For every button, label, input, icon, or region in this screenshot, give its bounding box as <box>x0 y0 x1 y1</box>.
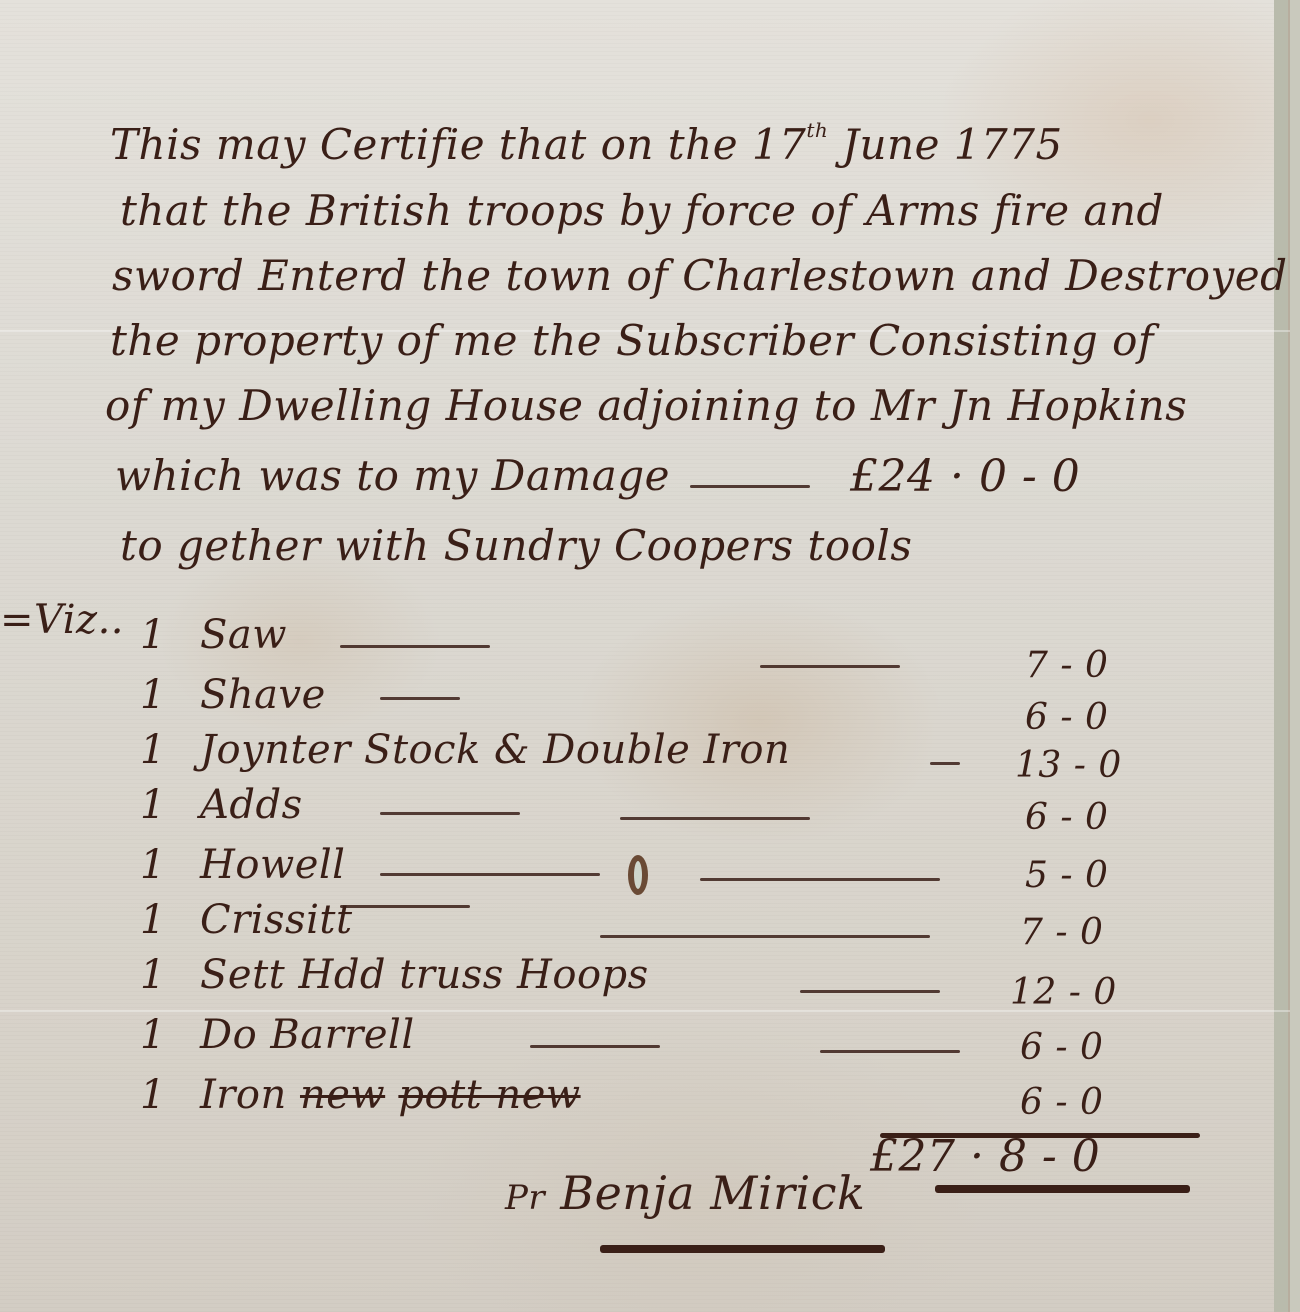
leader-line <box>380 873 600 876</box>
leader-line <box>380 697 460 700</box>
item-name: Joynter Stock & Double Iron <box>200 730 790 770</box>
item-value: 6 - 0 <box>1020 1030 1103 1066</box>
item-name: Adds <box>200 785 303 825</box>
house-damage-value: 24 · 0 - 0 <box>879 451 1081 502</box>
item-value: 6 - 0 <box>1025 800 1108 836</box>
date-suffix: th <box>806 118 828 142</box>
viz-label: =Viz.. <box>0 600 124 640</box>
leader-line <box>530 1045 660 1048</box>
leader-line <box>340 905 470 908</box>
leader-line <box>620 817 810 820</box>
leader-line <box>690 485 810 488</box>
item-name-rest: pott new <box>398 1072 580 1118</box>
item-value: 12 - 0 <box>1010 975 1117 1011</box>
leader-line <box>340 645 490 648</box>
struck-word: new <box>300 1072 385 1118</box>
body-line-4: the property of me the Subscriber Consis… <box>110 320 1154 362</box>
item-name: Iron new pott new <box>200 1075 581 1115</box>
leader-line <box>820 1050 960 1053</box>
leader-line <box>800 990 940 993</box>
house-damage-amount: £24 · 0 - 0 <box>850 455 1080 499</box>
body-line-7: to gether with Sundry Coopers tools <box>120 525 912 567</box>
item-name: Shave <box>200 675 326 715</box>
item-qty: 1 <box>140 675 166 715</box>
leader-line <box>600 935 930 938</box>
signature: Pr Benja Mirick <box>505 1170 865 1216</box>
item-name: Do Barrell <box>200 1015 415 1055</box>
body-line-3: sword Enterd the town of Charlestown and… <box>112 255 1287 297</box>
item-value: 5 - 0 <box>1025 858 1108 894</box>
signature-underline <box>600 1245 885 1253</box>
item-value: 13 - 0 <box>1015 748 1122 784</box>
item-name: Howell <box>200 845 345 885</box>
total-value: 27 · 8 - 0 <box>899 1131 1101 1182</box>
pound-symbol: £ <box>870 1131 899 1182</box>
item-qty: 1 <box>140 955 166 995</box>
total-amount: £27 · 8 - 0 <box>870 1135 1100 1179</box>
item-value: 6 - 0 <box>1020 1085 1103 1121</box>
leader-line <box>380 812 520 815</box>
leader-line <box>700 878 940 881</box>
signature-name: Benja Mirick <box>560 1166 865 1220</box>
signature-prefix: Pr <box>505 1178 545 1218</box>
date-month-year: June 1775 <box>842 120 1063 169</box>
item-qty: 1 <box>140 845 166 885</box>
item-qty: 1 <box>140 900 166 940</box>
item-value: 7 - 0 <box>1025 648 1108 684</box>
item-name: Sett Hdd truss Hoops <box>200 955 649 995</box>
paper-hole <box>628 855 648 895</box>
item-qty: 1 <box>140 785 166 825</box>
body-line-5: of my Dwelling House adjoining to Mr Jn … <box>105 385 1187 427</box>
item-name: Saw <box>200 615 287 655</box>
item-qty: 1 <box>140 1015 166 1055</box>
pound-symbol: £ <box>850 451 879 502</box>
item-value: 7 - 0 <box>1020 915 1103 951</box>
leader-line <box>930 762 960 765</box>
item-value: 6 - 0 <box>1025 700 1108 736</box>
body-line-2: that the British troops by force of Arms… <box>120 190 1164 232</box>
item-qty: 1 <box>140 730 166 770</box>
body-line-1: This may Certifie that on the 17th June … <box>110 120 1063 166</box>
document-page: This may Certifie that on the 17th June … <box>0 0 1290 1312</box>
item-qty: 1 <box>140 615 166 655</box>
body-line-text: This may Certifie that on the 17 <box>110 120 806 169</box>
item-qty: 1 <box>140 1075 166 1115</box>
body-line-6: which was to my Damage <box>115 455 670 497</box>
leader-line <box>760 665 900 668</box>
total-underline <box>935 1185 1190 1193</box>
item-name-text: Iron <box>200 1072 287 1118</box>
page-edge <box>1274 0 1288 1312</box>
item-name: Crissitt <box>200 900 353 940</box>
